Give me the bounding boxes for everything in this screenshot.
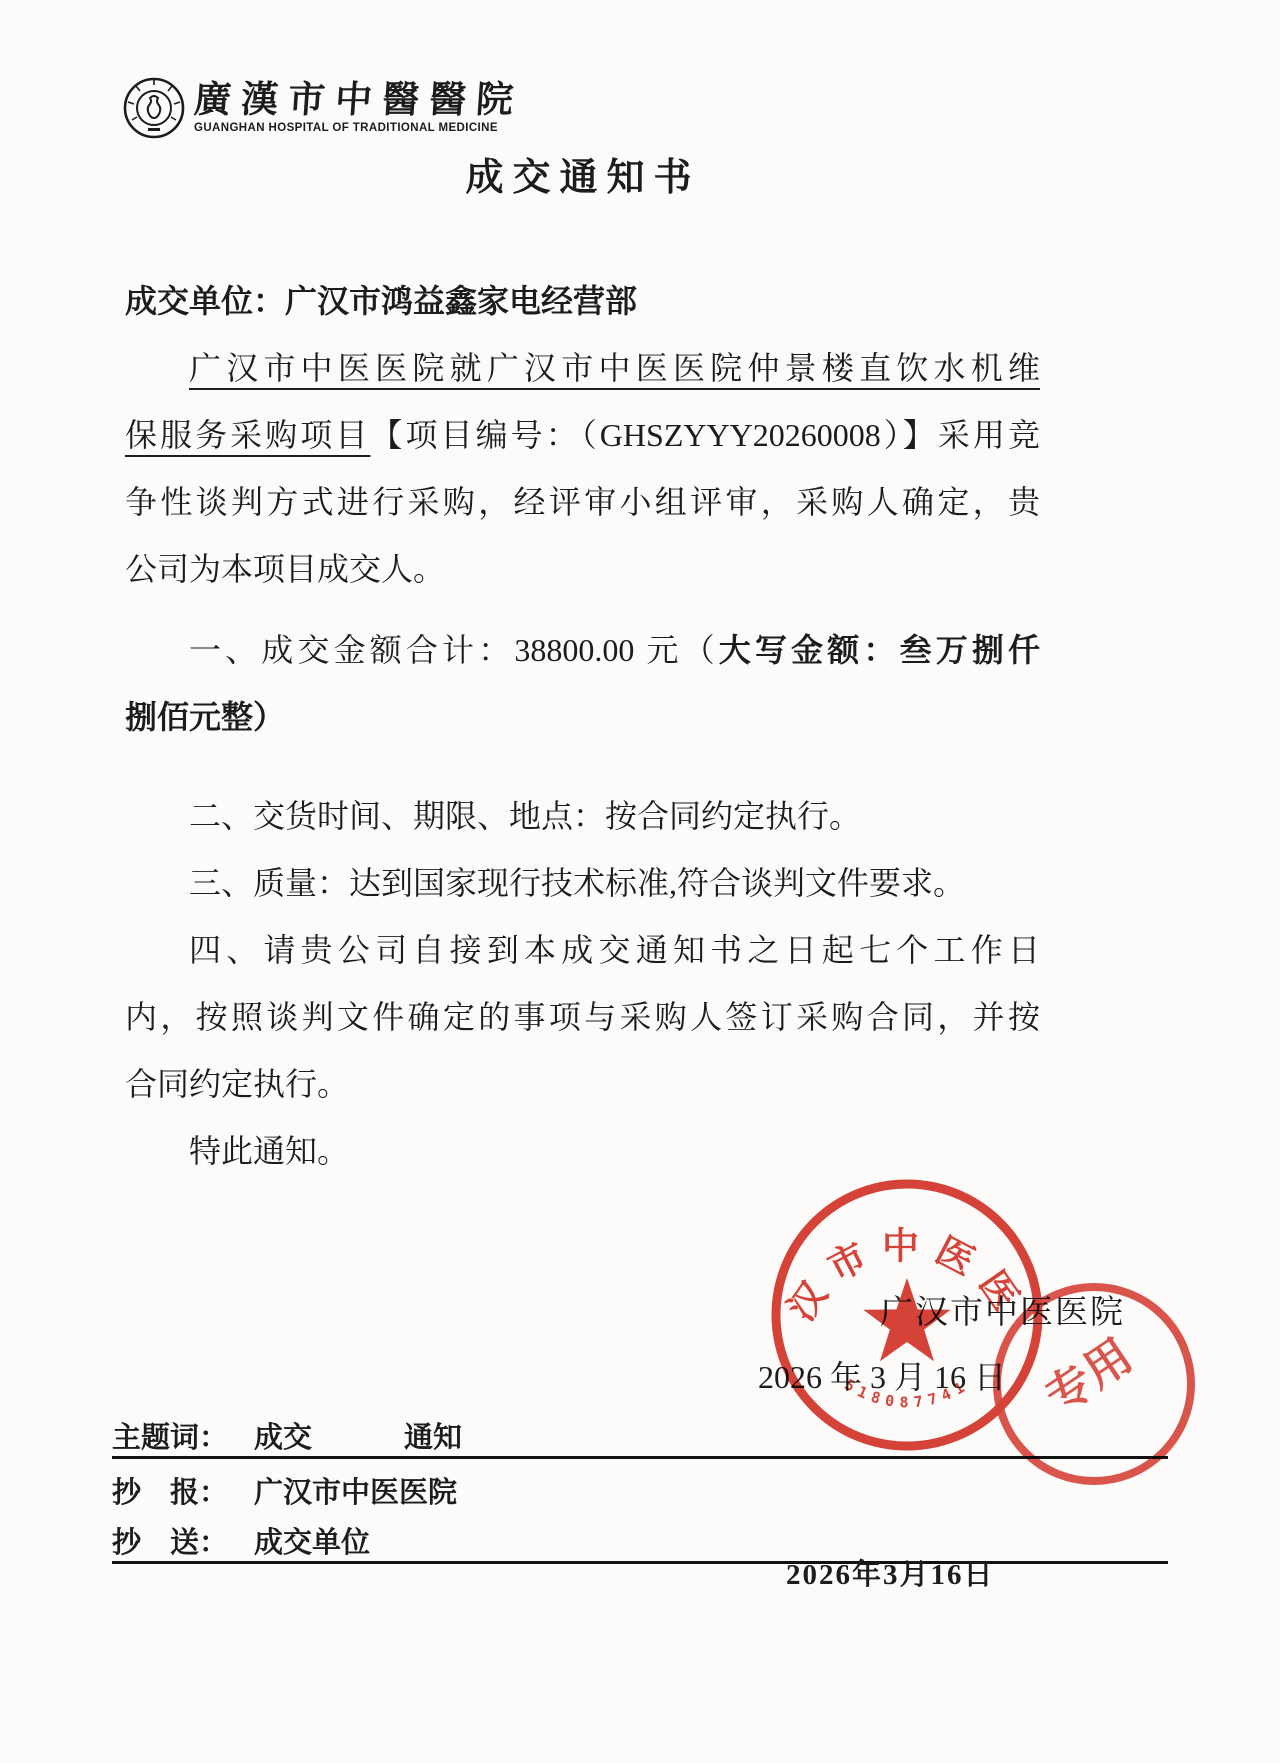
copy-send-row: 抄 送： 成交单位 (112, 1517, 1168, 1564)
document-footer: 主题词： 成交 通知 抄 报： 广汉市中医医院 抄 送： 成交单位 (112, 1412, 1168, 1564)
amount-text: 一、成交金额合计：38800.00 元（ (189, 632, 719, 668)
para1-line2: 保服务采购项目【项目编号：（GHSZYYY20260008）】采用竞 (125, 402, 1040, 469)
document-body: 成交单位：广汉市鸿益鑫家电经营部 广汉市中医医院就广汉市中医医院仲景楼直饮水机维… (125, 268, 1040, 1185)
award-notice-document: 廣漢市中醫醫院 GUANGHAN HOSPITAL OF TRADITIONAL… (0, 0, 1280, 1763)
subject-label: 主题词： (112, 1415, 228, 1456)
copy-report-label: 抄 报： (112, 1470, 228, 1511)
item2-line: 二、交货时间、期限、地点：按合同约定执行。 (125, 783, 1040, 850)
page-title: 成交通知书 (0, 146, 1166, 201)
signature-date: 2026 年 3 月 16 日 (758, 1352, 1058, 1398)
winner-line: 成交单位：广汉市鸿益鑫家电经营部 (125, 268, 1040, 335)
project-number-text: 【项目编号：（GHSZYYY20260008）】采用竞 (370, 417, 1040, 453)
item4-line2: 内，按照谈判文件确定的事项与采购人签订采购合同，并按 (125, 984, 1040, 1051)
copy-send-value: 成交单位 (254, 1520, 370, 1561)
item4-line1: 四、请贵公司自接到本成交通知书之日起七个工作日 (125, 917, 1040, 984)
item4-line3: 合同约定执行。 (125, 1051, 1040, 1118)
footer-date: 2026年3月16日 (786, 1552, 995, 1593)
hospital-emblem-icon (122, 76, 186, 140)
hospital-name-en: GUANGHAN HOSPITAL OF TRADITIONAL MEDICIN… (194, 122, 523, 134)
signature-org: 广汉市中医医院 (880, 1286, 1180, 1333)
item1-line1: 一、成交金额合计：38800.00 元（大写金额：叁万捌仟 (125, 617, 1040, 684)
subject-term-1: 成交 (254, 1415, 312, 1456)
amount-capital-text: 大写金额：叁万捌仟 (719, 632, 1040, 668)
project-name-underlined: 保服务采购项目 (125, 417, 370, 453)
hospital-name-cn: 廣漢市中醫醫院 (193, 82, 525, 120)
hospital-logo: 廣漢市中醫醫院 GUANGHAN HOSPITAL OF TRADITIONAL… (122, 72, 592, 144)
copy-send-label: 抄 送： (112, 1520, 228, 1561)
closing-line: 特此通知。 (125, 1118, 1040, 1185)
para1-line1: 广汉市中医医院就广汉市中医医院仲景楼直饮水机维 (125, 335, 1040, 402)
para1-line3: 争性谈判方式进行采购，经评审小组评审，采购人确定，贵 (125, 469, 1040, 536)
copy-report-row: 抄 报： 广汉市中医医院 (112, 1467, 1168, 1511)
para1-line4: 公司为本项目成交人。 (125, 536, 1040, 603)
para1-line1-underlined: 广汉市中医医院就广汉市中医医院仲景楼直饮水机维 (189, 350, 1040, 386)
item1-line2: 捌佰元整） (125, 684, 1040, 751)
subject-row: 主题词： 成交 通知 (112, 1412, 1168, 1459)
copy-report-value: 广汉市中医医院 (254, 1470, 457, 1511)
subject-term-2: 通知 (404, 1415, 462, 1456)
item3-line: 三、质量：达到国家现行技术标准,符合谈判文件要求。 (125, 850, 1040, 917)
